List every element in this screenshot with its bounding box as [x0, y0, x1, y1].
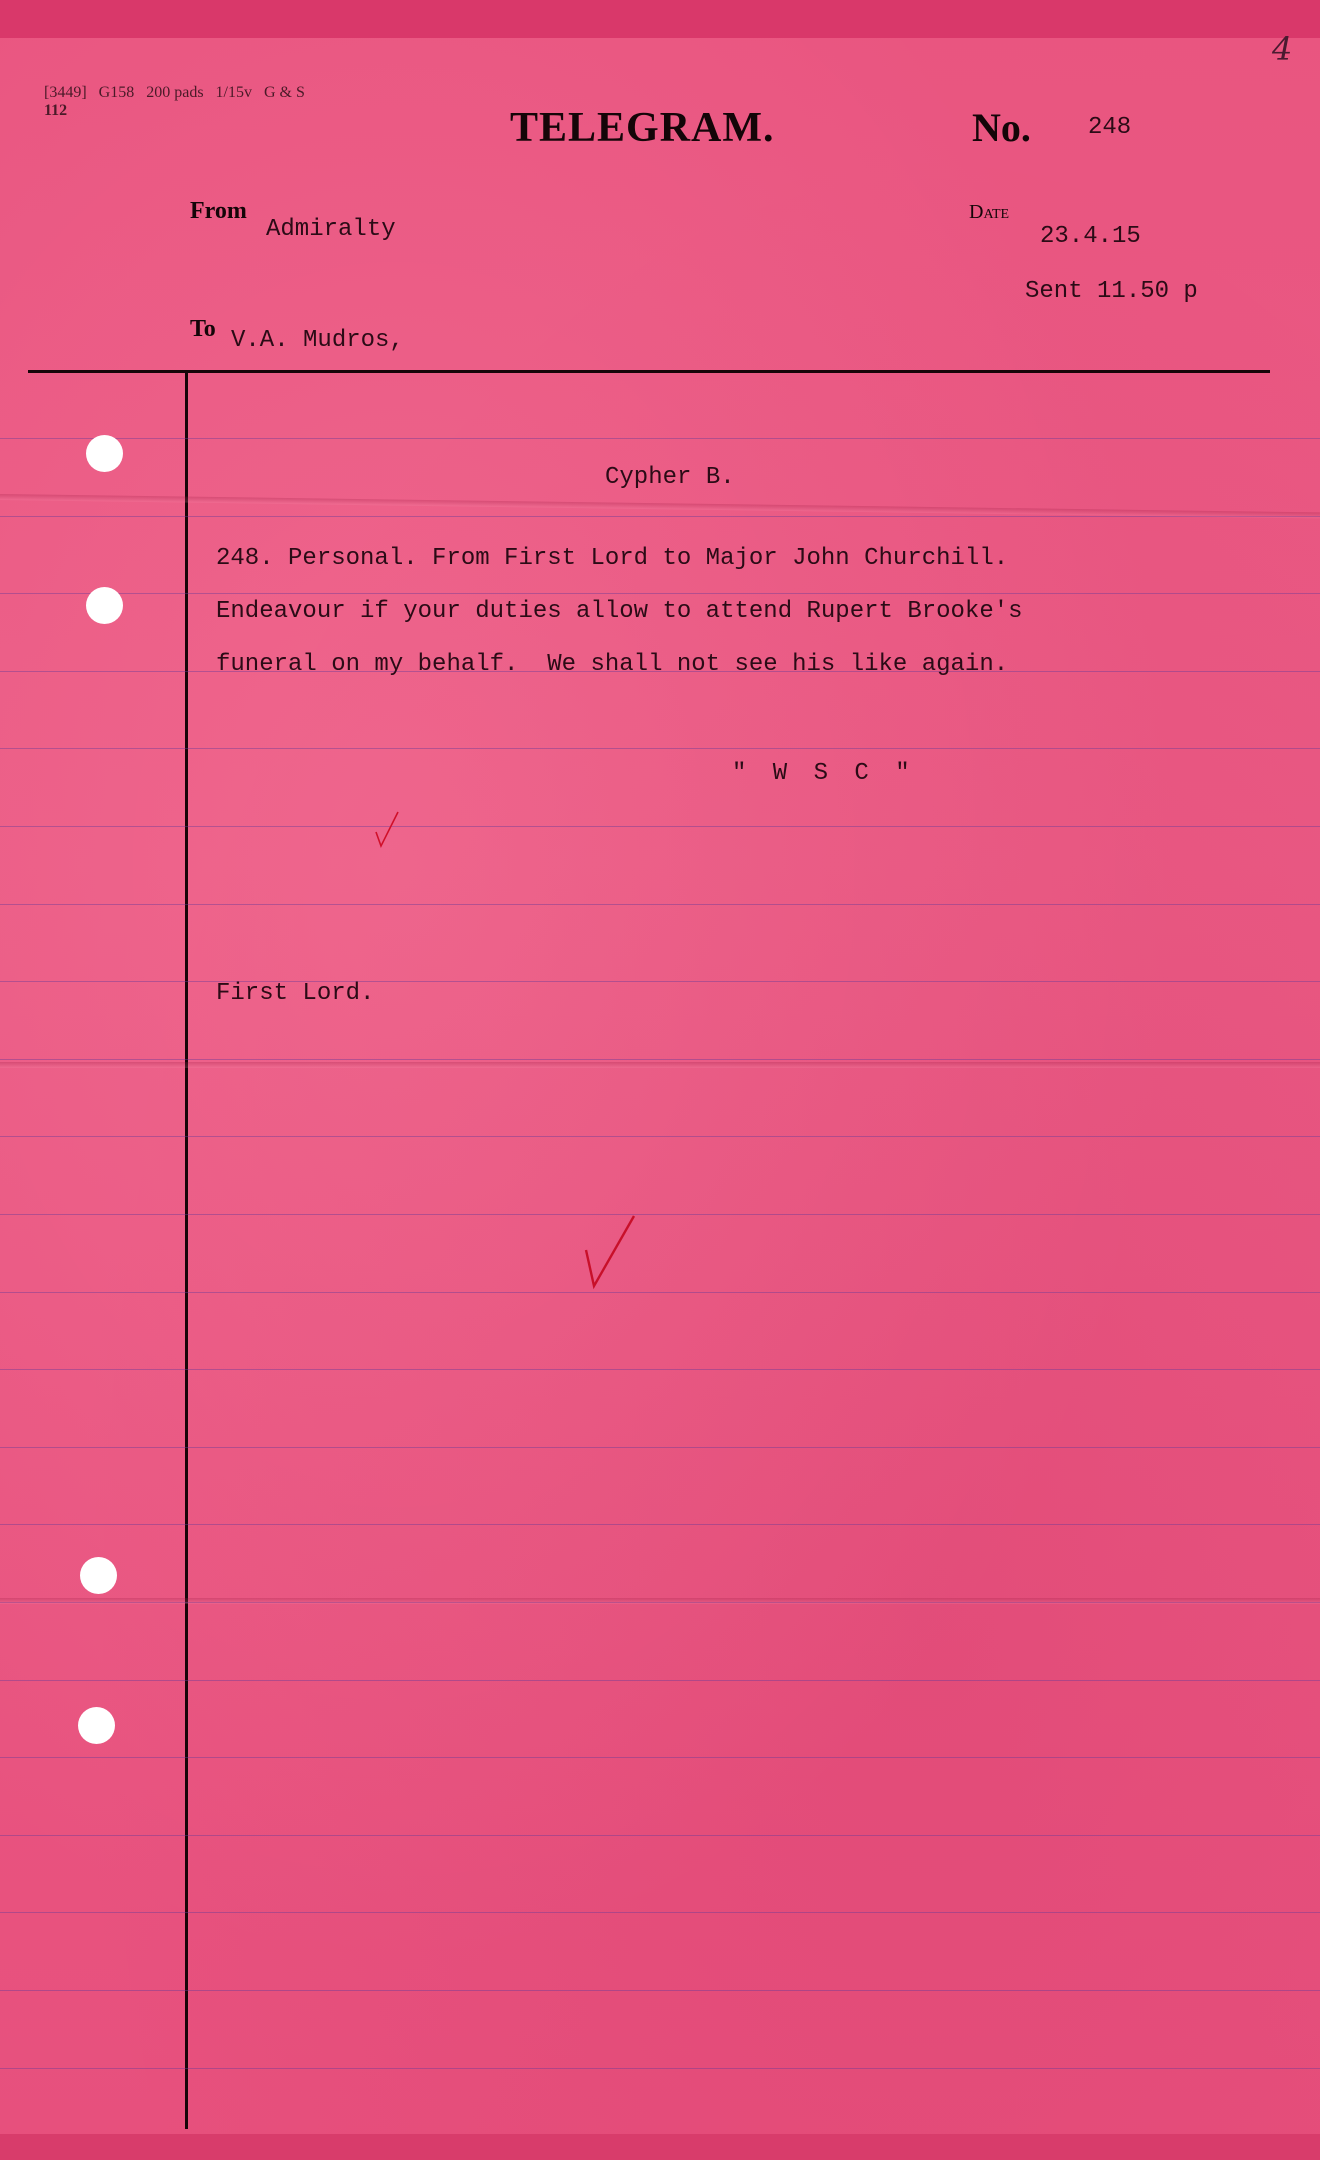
top-edge-band: [0, 0, 1320, 38]
from-value: Admiralty: [266, 216, 396, 243]
telegram-form: 4 [3449] G158 200 pads 1/15v G & S 112 T…: [0, 0, 1320, 2160]
ruled-line: [0, 826, 1320, 827]
punch-hole: [80, 1557, 117, 1594]
to-value: V.A. Mudros,: [231, 327, 404, 354]
ruled-lines: [0, 372, 1320, 2134]
message-line: 248. Personal. From First Lord to Major …: [216, 545, 1008, 572]
punch-hole: [78, 1707, 115, 1744]
page-number: 4: [1272, 30, 1292, 68]
document-title: TELEGRAM.: [510, 104, 775, 152]
date-label: Date: [969, 201, 1009, 224]
form-code-number: 112: [44, 102, 67, 119]
ruled-line: [0, 748, 1320, 749]
sent-time: Sent 11.50 p: [1025, 278, 1198, 305]
ruled-line: [0, 1835, 1320, 1836]
ruled-line: [0, 1447, 1320, 1448]
date-value: 23.4.15: [1040, 223, 1141, 250]
from-label: From: [190, 198, 247, 225]
ruled-line: [0, 593, 1320, 594]
ruled-line: [0, 438, 1320, 439]
ruled-line: [0, 1912, 1320, 1913]
ruled-line: [0, 1136, 1320, 1137]
ruled-line: [0, 516, 1320, 517]
ruled-line: [0, 981, 1320, 982]
ruled-line: [0, 1990, 1320, 1991]
ruled-line: [0, 2068, 1320, 2069]
ruled-line: [0, 1214, 1320, 1215]
ruled-line: [0, 1524, 1320, 1525]
paper-fold: [0, 1062, 1320, 1068]
initials: " W S C ": [732, 760, 916, 787]
ruled-line: [0, 1059, 1320, 1060]
check-mark-icon: [580, 1212, 640, 1292]
number-label: No.: [972, 104, 1031, 151]
message-line: funeral on my behalf. We shall not see h…: [216, 651, 1008, 678]
ruled-line: [0, 1757, 1320, 1758]
form-code: [3449] G158 200 pads 1/15v G & S 112: [28, 66, 305, 138]
bottom-edge-band: [0, 2134, 1320, 2160]
to-label: To: [190, 316, 216, 343]
paper-fold: [0, 1598, 1320, 1604]
ruled-line: [0, 1369, 1320, 1370]
cypher-line: Cypher B.: [605, 464, 735, 491]
punch-hole: [86, 587, 123, 624]
signature: First Lord.: [216, 980, 374, 1007]
punch-hole: [86, 435, 123, 472]
check-mark-icon: [372, 808, 402, 850]
form-code-text: [3449] G158 200 pads 1/15v G & S: [44, 84, 305, 101]
ruled-line: [0, 904, 1320, 905]
message-line: Endeavour if your duties allow to attend…: [216, 598, 1023, 625]
ruled-line: [0, 1680, 1320, 1681]
number-value: 248: [1088, 114, 1131, 141]
ruled-line: [0, 1292, 1320, 1293]
